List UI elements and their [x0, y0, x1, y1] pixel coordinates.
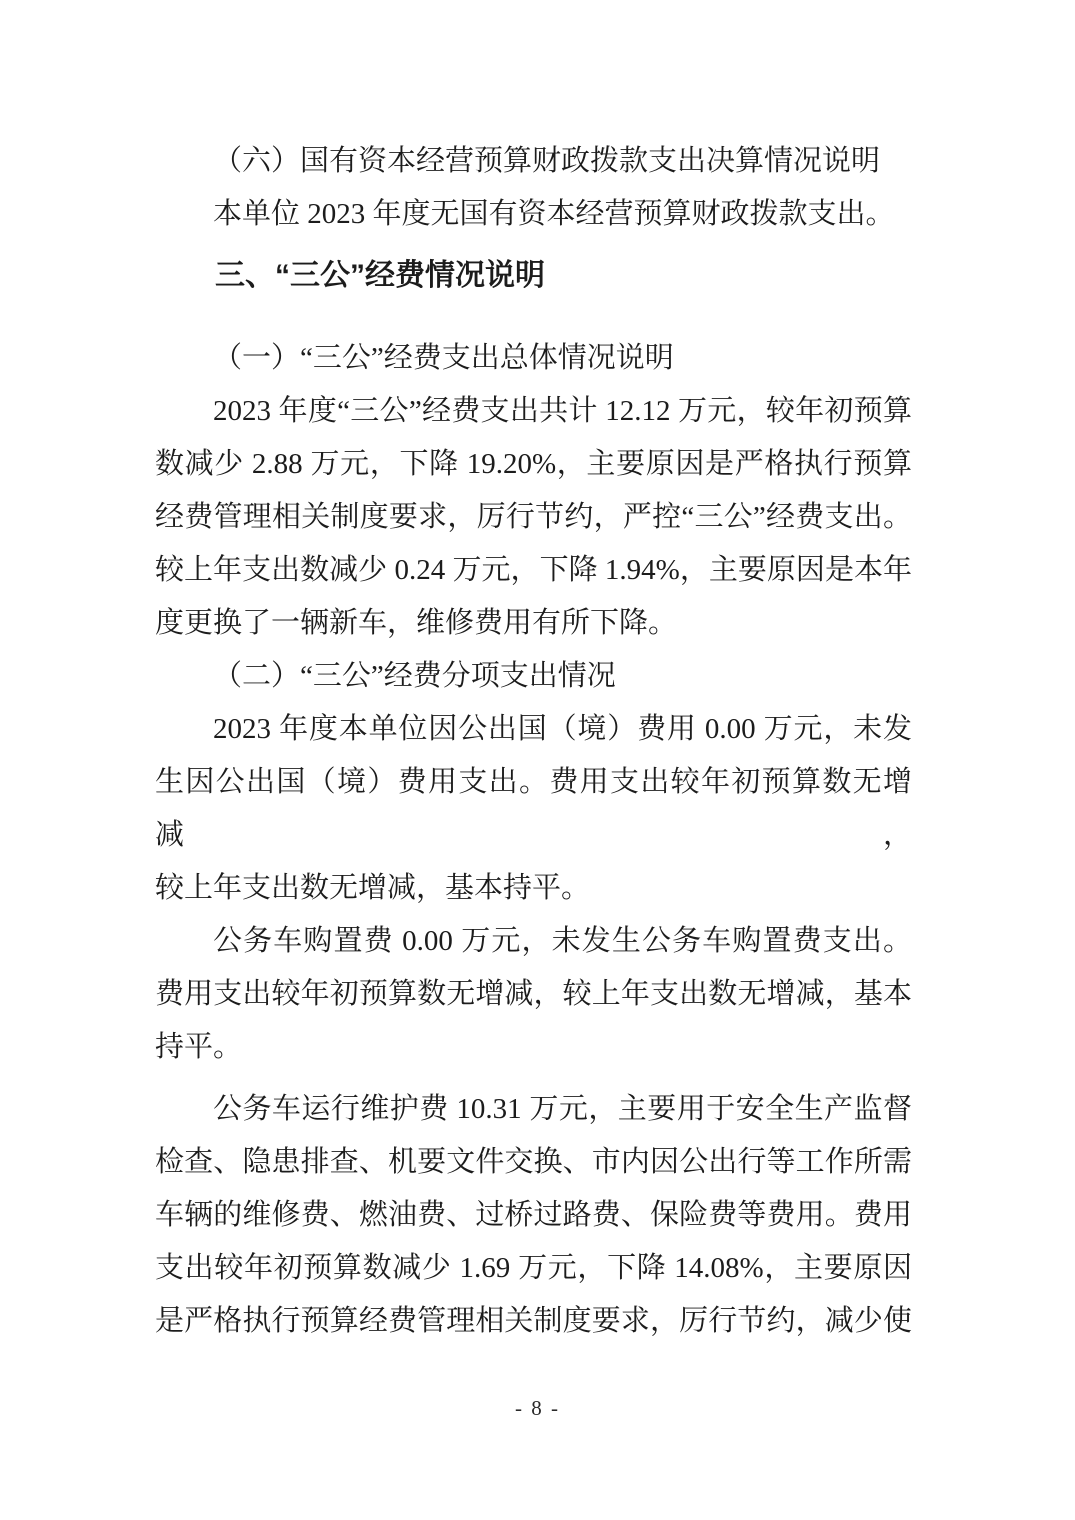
section-3-title: 三、“三公”经费情况说明 — [155, 249, 912, 302]
paragraph-line: 公务车购置费 0.00 万元，未发生公务车购置费支出。 — [155, 915, 912, 968]
paragraph-line: 公务车运行维护费 10.31 万元，主要用于安全生产监督 — [155, 1083, 912, 1136]
page-number: - 8 - — [0, 1396, 1075, 1421]
subsection-2-title: （二）“三公”经费分项支出情况 — [155, 650, 912, 703]
subsection-1-title: （一）“三公”经费支出总体情况说明 — [155, 332, 912, 385]
paragraph-line: 检查、隐患排查、机要文件交换、市内因公出行等工作所需 — [155, 1136, 912, 1189]
document-page: （六）国有资本经营预算财政拨款支出决算情况说明 本单位 2023 年度无国有资本… — [0, 0, 1075, 1520]
paragraph-line: 支出较年初预算数减少 1.69 万元，下降 14.08%，主要原因 — [155, 1242, 912, 1295]
paragraph-vehicle-purchase: 公务车购置费 0.00 万元，未发生公务车购置费支出。 费用支出较年初预算数无增… — [155, 915, 912, 1074]
paragraph-line: 度更换了一辆新车，维修费用有所下降。 — [155, 597, 912, 650]
document-body: （六）国有资本经营预算财政拨款支出决算情况说明 本单位 2023 年度无国有资本… — [155, 135, 912, 1348]
paragraph-line: 生因公出国（境）费用支出。费用支出较年初预算数无增减， — [155, 756, 912, 862]
paragraph-line: 较上年支出数无增减，基本持平。 — [155, 862, 912, 915]
paragraph-overseas-travel: 2023 年度本单位因公出国（境）费用 0.00 万元，未发 生因公出国（境）费… — [155, 703, 912, 915]
paragraph-line: 是严格执行预算经费管理相关制度要求，厉行节约，减少使 — [155, 1295, 912, 1348]
paragraph-overall-expense: 2023 年度“三公”经费支出共计 12.12 万元，较年初预算 数减少 2.8… — [155, 385, 912, 650]
subsection-6-body: 本单位 2023 年度无国有资本经营预算财政拨款支出。 — [155, 188, 912, 241]
paragraph-line: 2023 年度“三公”经费支出共计 12.12 万元，较年初预算 — [155, 385, 912, 438]
paragraph-line: 经费管理相关制度要求，厉行节约，严控“三公”经费支出。 — [155, 491, 912, 544]
paragraph-line: 费用支出较年初预算数无增减，较上年支出数无增减，基本 — [155, 968, 912, 1021]
paragraph-line: 持平。 — [155, 1021, 912, 1074]
paragraph-line: 较上年支出数减少 0.24 万元，下降 1.94%，主要原因是本年 — [155, 544, 912, 597]
subsection-6-heading: （六）国有资本经营预算财政拨款支出决算情况说明 — [155, 135, 912, 188]
paragraph-line: 2023 年度本单位因公出国（境）费用 0.00 万元，未发 — [155, 703, 912, 756]
paragraph-vehicle-maintenance: 公务车运行维护费 10.31 万元，主要用于安全生产监督 检查、隐患排查、机要文… — [155, 1083, 912, 1348]
paragraph-line: 数减少 2.88 万元，下降 19.20%，主要原因是严格执行预算 — [155, 438, 912, 491]
section-state-capital: （六）国有资本经营预算财政拨款支出决算情况说明 本单位 2023 年度无国有资本… — [155, 135, 912, 241]
paragraph-line: 车辆的维修费、燃油费、过桥过路费、保险费等费用。费用 — [155, 1189, 912, 1242]
